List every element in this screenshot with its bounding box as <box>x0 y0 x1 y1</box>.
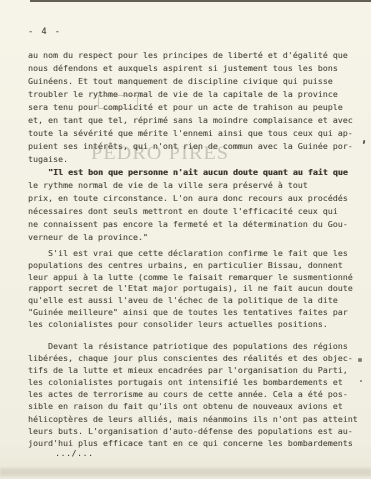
text-line: les colonialistes portugais ont intensif… <box>28 376 364 388</box>
text-line: nous défendons et auxquels aspirent si j… <box>28 62 364 75</box>
text-line: qu'elle est aussi l'aveu de l'échec de l… <box>28 295 364 307</box>
text-line: le rythme normal de vie de la ville sera… <box>28 179 364 192</box>
pencil-annotation-box <box>98 95 138 109</box>
document-page: - 4 - PEDRO PIRES au nom du respect pour… <box>0 0 371 479</box>
text-line: hélicoptères de leurs alliés, mais néanm… <box>28 413 364 425</box>
document-text: au nom du respect pour les principes de … <box>0 0 371 479</box>
paragraph-1: au nom du respect pour les principes de … <box>28 49 364 166</box>
text-line: "Guinée meilleure" ainsi que de toutes l… <box>28 307 364 319</box>
text-line: Guinéens. Et tout manquement de discipli… <box>28 75 364 88</box>
text-line: libérées, chaque jour plus conscientes d… <box>28 352 364 364</box>
text-line: "Il est bon que personne n'ait aucun dou… <box>28 166 364 179</box>
paragraph-2: "Il est bon que personne n'ait aucun dou… <box>28 166 364 244</box>
text-line: ne connaissent pas encore la fermeté et … <box>28 218 364 231</box>
text-line: puient ses intérêts, qui n'ont rien de c… <box>28 140 364 153</box>
text-line: populations des centres urbains, en part… <box>28 260 364 272</box>
text-line: leur appui à la lutte (comme le faisait … <box>28 272 364 284</box>
text-line: tugaise. <box>28 153 364 166</box>
text-line: Devant la résistance patriotique des pop… <box>28 340 364 352</box>
text-line: leurs buts. L'organisation d'auto-défens… <box>28 425 364 437</box>
text-line: jourd'hui plus efficace tant en ce qui c… <box>28 437 364 449</box>
text-line: sible en raison du fait qu'ils ont obten… <box>28 400 364 412</box>
text-line: les actes de terrorisme au cours de cett… <box>28 388 364 400</box>
text-line: tifs de la lutte et mieux encadrées par … <box>28 364 364 376</box>
text-line: rapport secret de l'Etat major portugais… <box>28 283 364 295</box>
text-line: troubler le rythme normal de vie de la c… <box>28 88 364 101</box>
text-line: toute la sévérité que mérite l'ennemi ai… <box>28 127 364 140</box>
text-line: prix, en toute circonstance. L'on aura d… <box>28 192 364 205</box>
scan-speck <box>358 358 362 362</box>
text-line: verneur de la province." <box>28 231 364 244</box>
text-line: sera tenu pour complicité et pour un act… <box>28 101 364 114</box>
text-line: au nom du respect pour les principes de … <box>28 49 364 62</box>
text-line: et, en tant que tel, réprimé sans la moi… <box>28 114 364 127</box>
paragraph-3: S'il est vrai que cette déclaration conf… <box>28 248 364 331</box>
text-line: les colonialistes pour consolider leurs … <box>28 319 364 331</box>
text-line: S'il est vrai que cette déclaration conf… <box>28 248 364 260</box>
scan-speck <box>360 380 362 382</box>
paragraph-4: Devant la résistance patriotique des pop… <box>28 340 364 449</box>
text-line: nécessaires dont seuls mettront en doute… <box>28 205 364 218</box>
